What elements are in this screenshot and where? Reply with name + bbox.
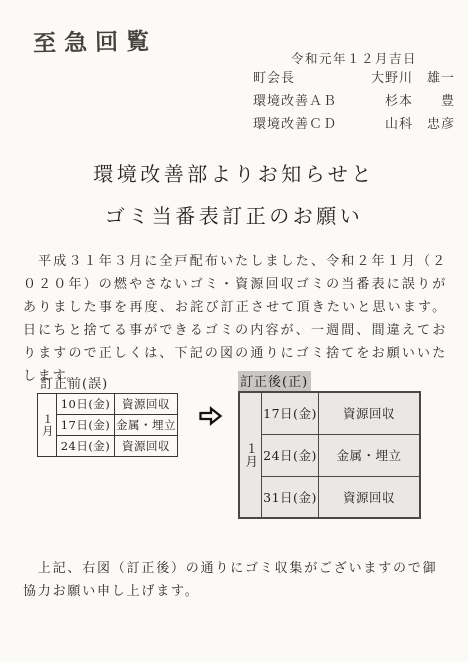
schedule-table-before: １月 10日(金) 資源回収 17日(金) 金属・埋立 24日(金) 資源回収 (37, 393, 178, 457)
body-paragraph: 平成３１年３月に全戸配布いたしました、令和２年１月（２０２０年）の燃やさないゴミ… (23, 250, 447, 388)
date-cell: 17日(金) (57, 415, 115, 436)
table-row: １月 10日(金) 資源回収 (38, 394, 178, 415)
signatory-name: 山科 忠彦 (385, 113, 455, 136)
table-row: 17日(金) 金属・埋立 (38, 415, 178, 436)
table-row: 24日(金) 資源回収 (38, 436, 178, 457)
month-cell: １月 (38, 394, 57, 457)
signatory-name: 杉本 豊 (385, 90, 455, 113)
signatory-line: 環境改善ＣＤ 山科 忠彦 (253, 113, 455, 136)
document-page: 至急回覧 令和元年１２月吉日 町会長 大野川 雄一 環境改善ＡＢ 杉本 豊 環境… (0, 0, 468, 662)
schedule-table-after: １月 17日(金) 資源回収 24日(金) 金属・埋立 31日(金) 資源回収 (238, 391, 421, 519)
date-line: 令和元年１２月吉日 (291, 49, 417, 67)
garbage-type-cell: 資源回収 (319, 476, 421, 518)
table-row: 31日(金) 資源回収 (239, 476, 420, 518)
signatory-block: 町会長 大野川 雄一 環境改善ＡＢ 杉本 豊 環境改善ＣＤ 山科 忠彦 (253, 67, 455, 136)
table-label-before-correction: 訂正前(誤) (40, 373, 108, 392)
signatory-line: 町会長 大野川 雄一 (253, 67, 455, 90)
table-row: １月 17日(金) 資源回収 (239, 392, 420, 434)
garbage-type-cell: 資源回収 (115, 436, 178, 457)
signatory-role: 環境改善ＡＢ (253, 90, 337, 113)
notice-title: 環境改善部よりお知らせと ゴミ当番表訂正のお願い (0, 153, 468, 237)
month-cell: １月 (239, 392, 262, 518)
date-cell: 31日(金) (262, 476, 319, 518)
date-cell: 24日(金) (262, 434, 319, 476)
garbage-type-cell: 金属・埋立 (319, 434, 421, 476)
notice-title-line1: 環境改善部よりお知らせと (0, 153, 468, 195)
date-cell: 17日(金) (262, 392, 319, 434)
garbage-type-cell: 資源回収 (319, 392, 421, 434)
notice-title-line2: ゴミ当番表訂正のお願い (0, 195, 468, 237)
signatory-name: 大野川 雄一 (371, 67, 455, 90)
right-arrow-icon (198, 404, 223, 428)
date-cell: 24日(金) (57, 436, 115, 457)
signatory-role: 町会長 (253, 67, 295, 90)
urgent-circulation-stamp: 至急回覧 (33, 23, 158, 59)
closing-paragraph: 上記、右図（訂正後）の通りにゴミ収集がございますので御協力お願い申し上げます。 (23, 557, 447, 603)
garbage-type-cell: 金属・埋立 (115, 415, 178, 436)
table-label-after-correction: 訂正後(正) (238, 371, 311, 391)
date-cell: 10日(金) (57, 394, 115, 415)
signatory-line: 環境改善ＡＢ 杉本 豊 (253, 90, 455, 113)
table-row: 24日(金) 金属・埋立 (239, 434, 420, 476)
signatory-role: 環境改善ＣＤ (253, 113, 337, 136)
garbage-type-cell: 資源回収 (115, 394, 178, 415)
